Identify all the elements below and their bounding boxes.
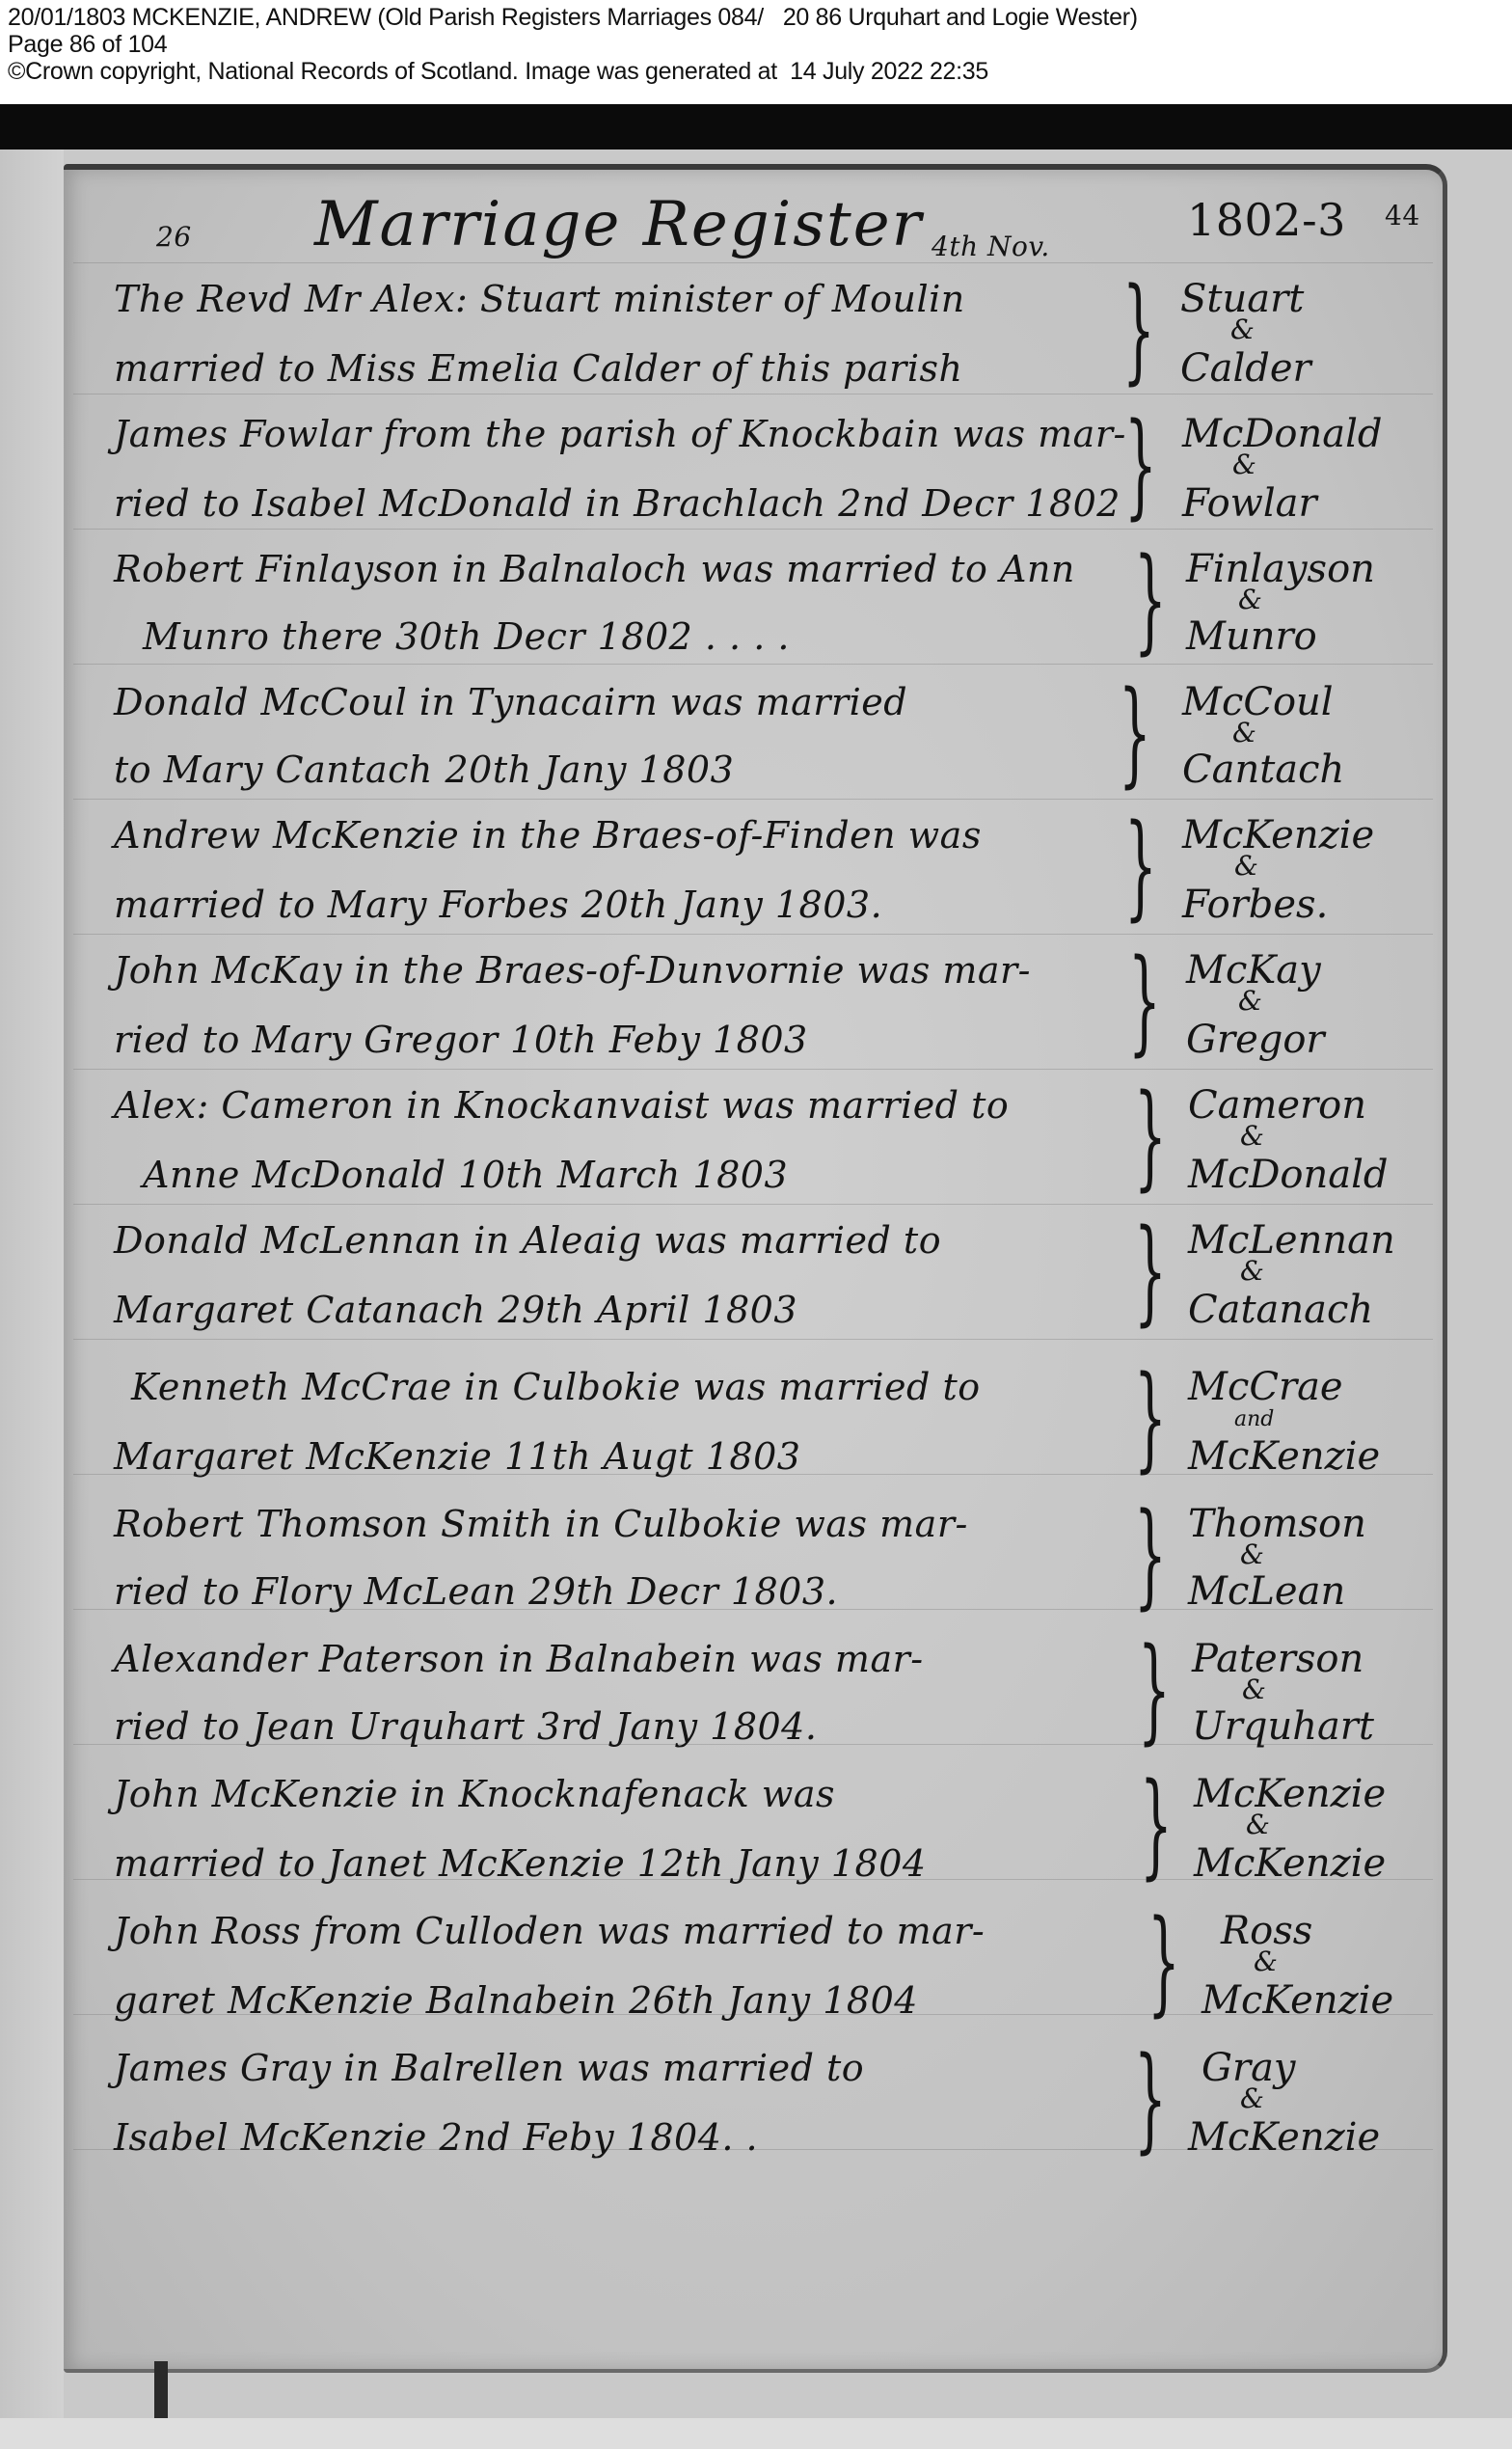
year-range: 1802-3	[1187, 199, 1346, 241]
ruled-line	[73, 394, 1433, 395]
ruled-line	[73, 1069, 1433, 1070]
ruled-line	[73, 529, 1433, 530]
margin-ampersand: &	[1246, 1811, 1270, 1838]
entry-line: Anne McDonald 10th March 1803	[143, 1154, 788, 1196]
entry-line: Donald McCoul in Tynacairn was married	[114, 681, 907, 723]
margin-surname: Cantach	[1182, 748, 1344, 791]
margin-ampersand: &	[1242, 1676, 1266, 1703]
ruled-line	[73, 262, 1433, 263]
margin-surname: McKenzie	[1188, 1435, 1380, 1478]
entry-line: garet McKenzie Balnabein 26th Jany 1804	[114, 1979, 918, 2022]
bracket-icon: }	[1140, 1767, 1173, 1881]
register-scan: 26 Marriage Register 4th Nov. 1802-3 44 …	[0, 104, 1512, 2418]
viewer-bottom-strip	[0, 2418, 1512, 2449]
page-title: Marriage Register	[314, 191, 923, 259]
margin-surname: Munro	[1186, 615, 1317, 658]
ruled-line	[73, 799, 1433, 800]
bracket-icon: }	[1138, 1632, 1171, 1746]
bracket-icon: }	[1122, 272, 1155, 386]
bracket-icon: }	[1134, 1497, 1167, 1611]
bracket-icon: }	[1119, 675, 1151, 789]
entry-line: ried to Isabel McDonald in Brachlach 2nd…	[114, 482, 1120, 525]
entry-line: The Revd Mr Alex: Stuart minister of Mou…	[114, 278, 965, 320]
bracket-icon: }	[1134, 1213, 1167, 1327]
entry-line: Isabel McKenzie 2nd Feby 1804. .	[114, 2116, 758, 2159]
scan-top-band	[0, 104, 1512, 150]
margin-ampersand: &	[1232, 720, 1256, 747]
entry-line: John Ross from Culloden was married to m…	[114, 1910, 985, 1952]
ruled-line	[73, 934, 1433, 935]
ruled-line	[73, 1204, 1433, 1205]
entry-line: Margaret Catanach 29th April 1803	[114, 1289, 797, 1331]
margin-surname: Paterson	[1192, 1638, 1363, 1680]
margin-surname: Calder	[1180, 347, 1311, 390]
entry-line: married to Janet McKenzie 12th Jany 1804	[114, 1842, 927, 1885]
margin-ampersand: &	[1240, 1541, 1264, 1568]
ruled-line	[73, 1339, 1433, 1340]
margin-surname: McKenzie	[1194, 1842, 1386, 1885]
copyright-notice: ©Crown copyright, National Records of Sc…	[8, 58, 1512, 85]
entry-line: Margaret McKenzie 11th Augt 1803	[114, 1435, 800, 1478]
margin-surname: Forbes.	[1182, 884, 1328, 926]
margin-surname: Cameron	[1188, 1084, 1366, 1127]
margin-ampersand: &	[1234, 853, 1258, 880]
record-title: 20/01/1803 MCKENZIE, ANDREW (Old Parish …	[8, 4, 1512, 31]
bracket-icon: }	[1128, 943, 1161, 1057]
margin-ampersand: &	[1240, 2085, 1264, 2112]
margin-surname: Gregor	[1186, 1019, 1325, 1061]
entry-line: John McKay in the Braes-of-Dunvornie was…	[114, 949, 1031, 992]
margin-ampersand: &	[1232, 451, 1256, 478]
margin-ampersand: &	[1240, 1123, 1264, 1150]
margin-surname: McDonald	[1188, 1154, 1389, 1196]
entry-line: John McKenzie in Knocknafenack was	[114, 1773, 835, 1815]
ruled-line	[73, 664, 1433, 665]
title-date: 4th Nov.	[931, 226, 1050, 268]
margin-surname: Thomson	[1188, 1503, 1366, 1545]
entry-line: to Mary Cantach 20th Jany 1803	[114, 748, 734, 791]
entry-line: ried to Mary Gregor 10th Feby 1803	[114, 1019, 808, 1061]
margin-surname: Urquhart	[1192, 1705, 1374, 1748]
bracket-icon: }	[1124, 407, 1157, 521]
bracket-icon: }	[1124, 808, 1157, 922]
binding-thread	[154, 2361, 168, 2418]
entry-line: Munro there 30th Decr 1802 . . . .	[143, 615, 790, 658]
margin-surname: Finlayson	[1186, 548, 1375, 590]
entry-line: James Fowlar from the parish of Knockbai…	[114, 413, 1126, 455]
margin-surname: McCrae	[1188, 1366, 1343, 1408]
margin-surname: Fowlar	[1182, 482, 1317, 525]
margin-surname: McCoul	[1182, 681, 1334, 723]
entry-line: Alex: Cameron in Knockanvaist was marrie…	[114, 1084, 1009, 1127]
entry-line: Robert Finlayson in Balnaloch was marrie…	[114, 548, 1075, 590]
bracket-icon: }	[1147, 1904, 1180, 2018]
entry-line: Alexander Paterson in Balnabein was mar-	[114, 1638, 924, 1680]
margin-ampersand: &	[1230, 316, 1255, 343]
corner-mark: 44	[1385, 195, 1420, 237]
bracket-icon: }	[1134, 1360, 1167, 1474]
register-page: 26 Marriage Register 4th Nov. 1802-3 44 …	[64, 164, 1447, 2373]
margin-conjunction: and	[1234, 1406, 1274, 1433]
entry-line: Robert Thomson Smith in Culbokie was mar…	[114, 1503, 968, 1545]
margin-surname: McKenzie	[1188, 2116, 1380, 2159]
entry-line: Andrew McKenzie in the Braes-of-Finden w…	[114, 814, 982, 857]
entry-line: married to Mary Forbes 20th Jany 1803.	[114, 884, 882, 926]
entry-line: James Gray in Balrellen was married to	[114, 2047, 864, 2089]
margin-surname: McLennan	[1188, 1219, 1395, 1262]
page-indicator: Page 86 of 104	[8, 31, 1512, 58]
margin-surname: McLean	[1188, 1570, 1345, 1613]
scan-left-margin	[0, 150, 64, 2418]
margin-surname: McKenzie	[1201, 1979, 1393, 2022]
entry-line: Kenneth McCrae in Culbokie was married t…	[131, 1366, 981, 1408]
margin-ampersand: &	[1238, 988, 1262, 1015]
entry-line: ried to Flory McLean 29th Decr 1803.	[114, 1570, 838, 1613]
entry-line: ried to Jean Urquhart 3rd Jany 1804.	[114, 1705, 817, 1748]
margin-ampersand: &	[1238, 586, 1262, 613]
folio-number: 26	[156, 216, 192, 259]
bracket-icon: }	[1134, 542, 1167, 656]
margin-surname: McDonald	[1182, 413, 1383, 455]
entry-line: Donald McLennan in Aleaig was married to	[114, 1219, 941, 1262]
margin-ampersand: &	[1240, 1258, 1264, 1285]
margin-surname: McKenzie	[1182, 814, 1374, 857]
margin-surname: Catanach	[1188, 1289, 1373, 1331]
bracket-icon: }	[1134, 2041, 1167, 2155]
bracket-icon: }	[1134, 1078, 1167, 1192]
entry-line: married to Miss Emelia Calder of this pa…	[114, 347, 962, 390]
image-caption-header: 20/01/1803 MCKENZIE, ANDREW (Old Parish …	[0, 0, 1512, 104]
margin-ampersand: &	[1254, 1948, 1278, 1975]
margin-surname: McKenzie	[1194, 1773, 1386, 1815]
